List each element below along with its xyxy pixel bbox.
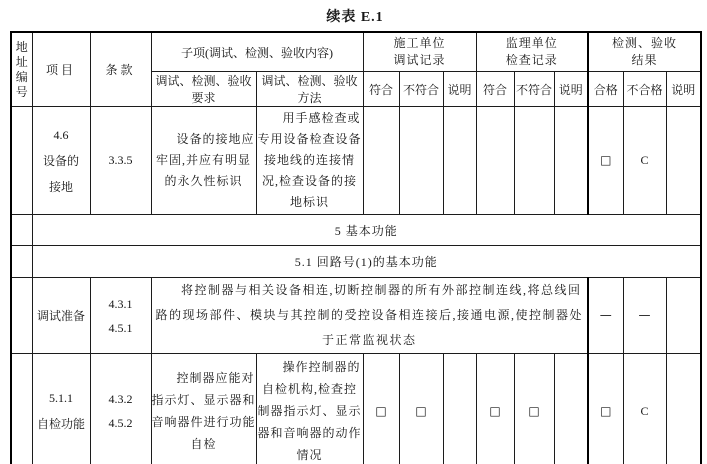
header-construction-note: 说明 (443, 72, 476, 107)
checkbox-empty: □ (489, 404, 500, 418)
item-line: 自检功能 (33, 411, 90, 437)
result-group-line1: 检测、验收 (589, 35, 700, 52)
header-cell-address: 地址编号 (11, 32, 32, 107)
item-line: 5.1.1 (33, 385, 90, 411)
header-group-supervision: 监理单位 检查记录 (476, 32, 588, 72)
cell-method: 用手感检查或专用设备检查设备接地线的连接情况,检查设备的接地标识 (256, 107, 363, 215)
row-selfcheck-function: 5.1.1 自检功能 4.3.2 4.5.2 控制器应能对指示灯、显示器和音响器… (11, 354, 701, 464)
header-result-pass: 合格 (588, 72, 623, 107)
cell-result-pass: □ (588, 354, 623, 464)
cell-result-note (666, 354, 701, 464)
cell-result-fail: — (623, 278, 666, 354)
header-construction-conform: 符合 (363, 72, 399, 107)
cell-construction-nonconform (399, 107, 443, 215)
acceptance-record-table: 地址编号 项目 条款 子项(调试、检测、验收内容) 施工单位 调试记录 监理单位… (10, 31, 702, 464)
result-group-line2: 结果 (589, 52, 700, 69)
header-group-construction: 施工单位 调试记录 (363, 32, 476, 72)
header-supervision-nonconform: 不符合 (514, 72, 554, 107)
mark-fail-c: C (641, 153, 649, 167)
checkbox-empty: □ (375, 404, 386, 418)
checkbox-pass: □ (600, 404, 611, 418)
header-construction-nonconform: 不符合 (399, 72, 443, 107)
mark-fail-c: C (641, 404, 649, 418)
cell-address-empty (11, 278, 32, 354)
item-line: 接地 (33, 174, 90, 200)
header-supervision-conform: 符合 (476, 72, 514, 107)
supervision-group-line1: 监理单位 (477, 35, 588, 52)
clause-line: 4.5.1 (91, 316, 151, 340)
cell-item: 5.1.1 自检功能 (32, 354, 90, 464)
checkbox-pass: □ (600, 153, 611, 167)
cell-clause: 4.3.1 4.5.1 (90, 278, 151, 354)
header-cell-requirement: 调试、检测、验收要求 (151, 72, 256, 107)
table-title: 续表 E.1 (10, 6, 700, 26)
cell-result-note (666, 107, 701, 215)
cell-item: 调试准备 (32, 278, 90, 354)
row-section-5: 5 基本功能 (11, 215, 701, 246)
address-label: 地址编号 (15, 40, 29, 100)
section-title: 5.1 回路号(1)的基本功能 (32, 246, 701, 278)
item-line: 设备的 (33, 148, 90, 174)
header-group-result: 检测、验收 结果 (588, 32, 701, 72)
row-equipment-grounding: 4.6 设备的 接地 3.3.5 设备的接地应牢固,并应有明显的永久性标识 用手… (11, 107, 701, 215)
header-cell-clause: 条款 (90, 32, 151, 107)
cell-supervision-conform: □ (476, 354, 514, 464)
cell-supervision-note (554, 107, 588, 215)
cell-method: 操作控制器的自检机构,检查控制器指示灯、显示器和音响器的动作情况 (256, 354, 363, 464)
cell-supervision-nonconform: □ (514, 354, 554, 464)
cell-merged-content: 将控制器与相关设备相连,切断控制器的所有外部控制连线,将总线回路的现场部件、模块… (151, 278, 588, 354)
section-title: 5 基本功能 (32, 215, 701, 246)
row-debug-preparation: 调试准备 4.3.1 4.5.1 将控制器与相关设备相连,切断控制器的所有外部控… (11, 278, 701, 354)
cell-address-empty (11, 107, 32, 215)
header-row-groups: 地址编号 项目 条款 子项(调试、检测、验收内容) 施工单位 调试记录 监理单位… (11, 32, 701, 72)
cell-result-pass: — (588, 278, 623, 354)
clause-line: 4.3.2 (91, 387, 151, 411)
construction-group-line1: 施工单位 (364, 35, 476, 52)
header-cell-method: 调试、检测、验收方法 (256, 72, 363, 107)
clause-line: 4.3.1 (91, 292, 151, 316)
cell-result-pass: □ (588, 107, 623, 215)
cell-address-empty (11, 246, 32, 278)
cell-clause: 3.3.5 (90, 107, 151, 215)
supervision-group-line2: 检查记录 (477, 52, 588, 69)
header-supervision-note: 说明 (554, 72, 588, 107)
cell-address-empty (11, 215, 32, 246)
checkbox-empty: □ (528, 404, 539, 418)
header-cell-subitem: 子项(调试、检测、验收内容) (151, 32, 363, 72)
cell-construction-conform (363, 107, 399, 215)
checkbox-empty: □ (415, 404, 426, 418)
document-page: 续表 E.1 地址编号 项目 条款 子项(调试、检测、验收内容) 施工单位 调试… (0, 0, 707, 464)
cell-supervision-conform (476, 107, 514, 215)
cell-construction-conform: □ (363, 354, 399, 464)
cell-clause: 4.3.2 4.5.2 (90, 354, 151, 464)
item-line: 4.6 (33, 122, 90, 148)
clause-line: 4.5.2 (91, 411, 151, 435)
dash-mark: — (600, 308, 612, 322)
cell-construction-note (443, 354, 476, 464)
construction-group-line2: 调试记录 (364, 52, 476, 69)
cell-supervision-note (554, 354, 588, 464)
header-cell-item: 项目 (32, 32, 90, 107)
dash-mark: — (639, 308, 651, 322)
header-result-fail: 不合格 (623, 72, 666, 107)
header-result-note: 说明 (666, 72, 701, 107)
cell-result-note (666, 278, 701, 354)
row-section-5-1: 5.1 回路号(1)的基本功能 (11, 246, 701, 278)
cell-item: 4.6 设备的 接地 (32, 107, 90, 215)
cell-supervision-nonconform (514, 107, 554, 215)
cell-requirement: 控制器应能对指示灯、显示器和音响器件进行功能自检 (151, 354, 256, 464)
cell-requirement: 设备的接地应牢固,并应有明显的永久性标识 (151, 107, 256, 215)
cell-construction-note (443, 107, 476, 215)
cell-address-empty (11, 354, 32, 464)
cell-construction-nonconform: □ (399, 354, 443, 464)
cell-result-fail: C (623, 107, 666, 215)
cell-result-fail: C (623, 354, 666, 464)
